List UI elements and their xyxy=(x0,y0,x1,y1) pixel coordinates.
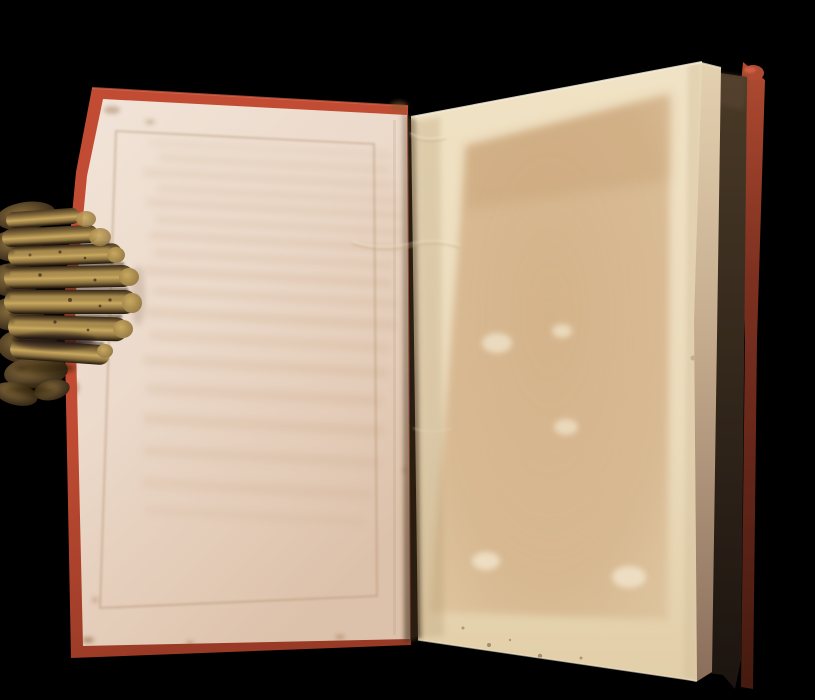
front-board xyxy=(64,88,411,658)
flyleaf xyxy=(411,62,702,681)
pastedown-fold-line xyxy=(393,120,396,635)
gutter-top-smudge xyxy=(390,101,408,111)
photo-canvas xyxy=(0,0,815,700)
red-curl-highlight xyxy=(744,67,756,73)
book-photo xyxy=(0,0,815,700)
flyleaf-details xyxy=(430,62,702,681)
